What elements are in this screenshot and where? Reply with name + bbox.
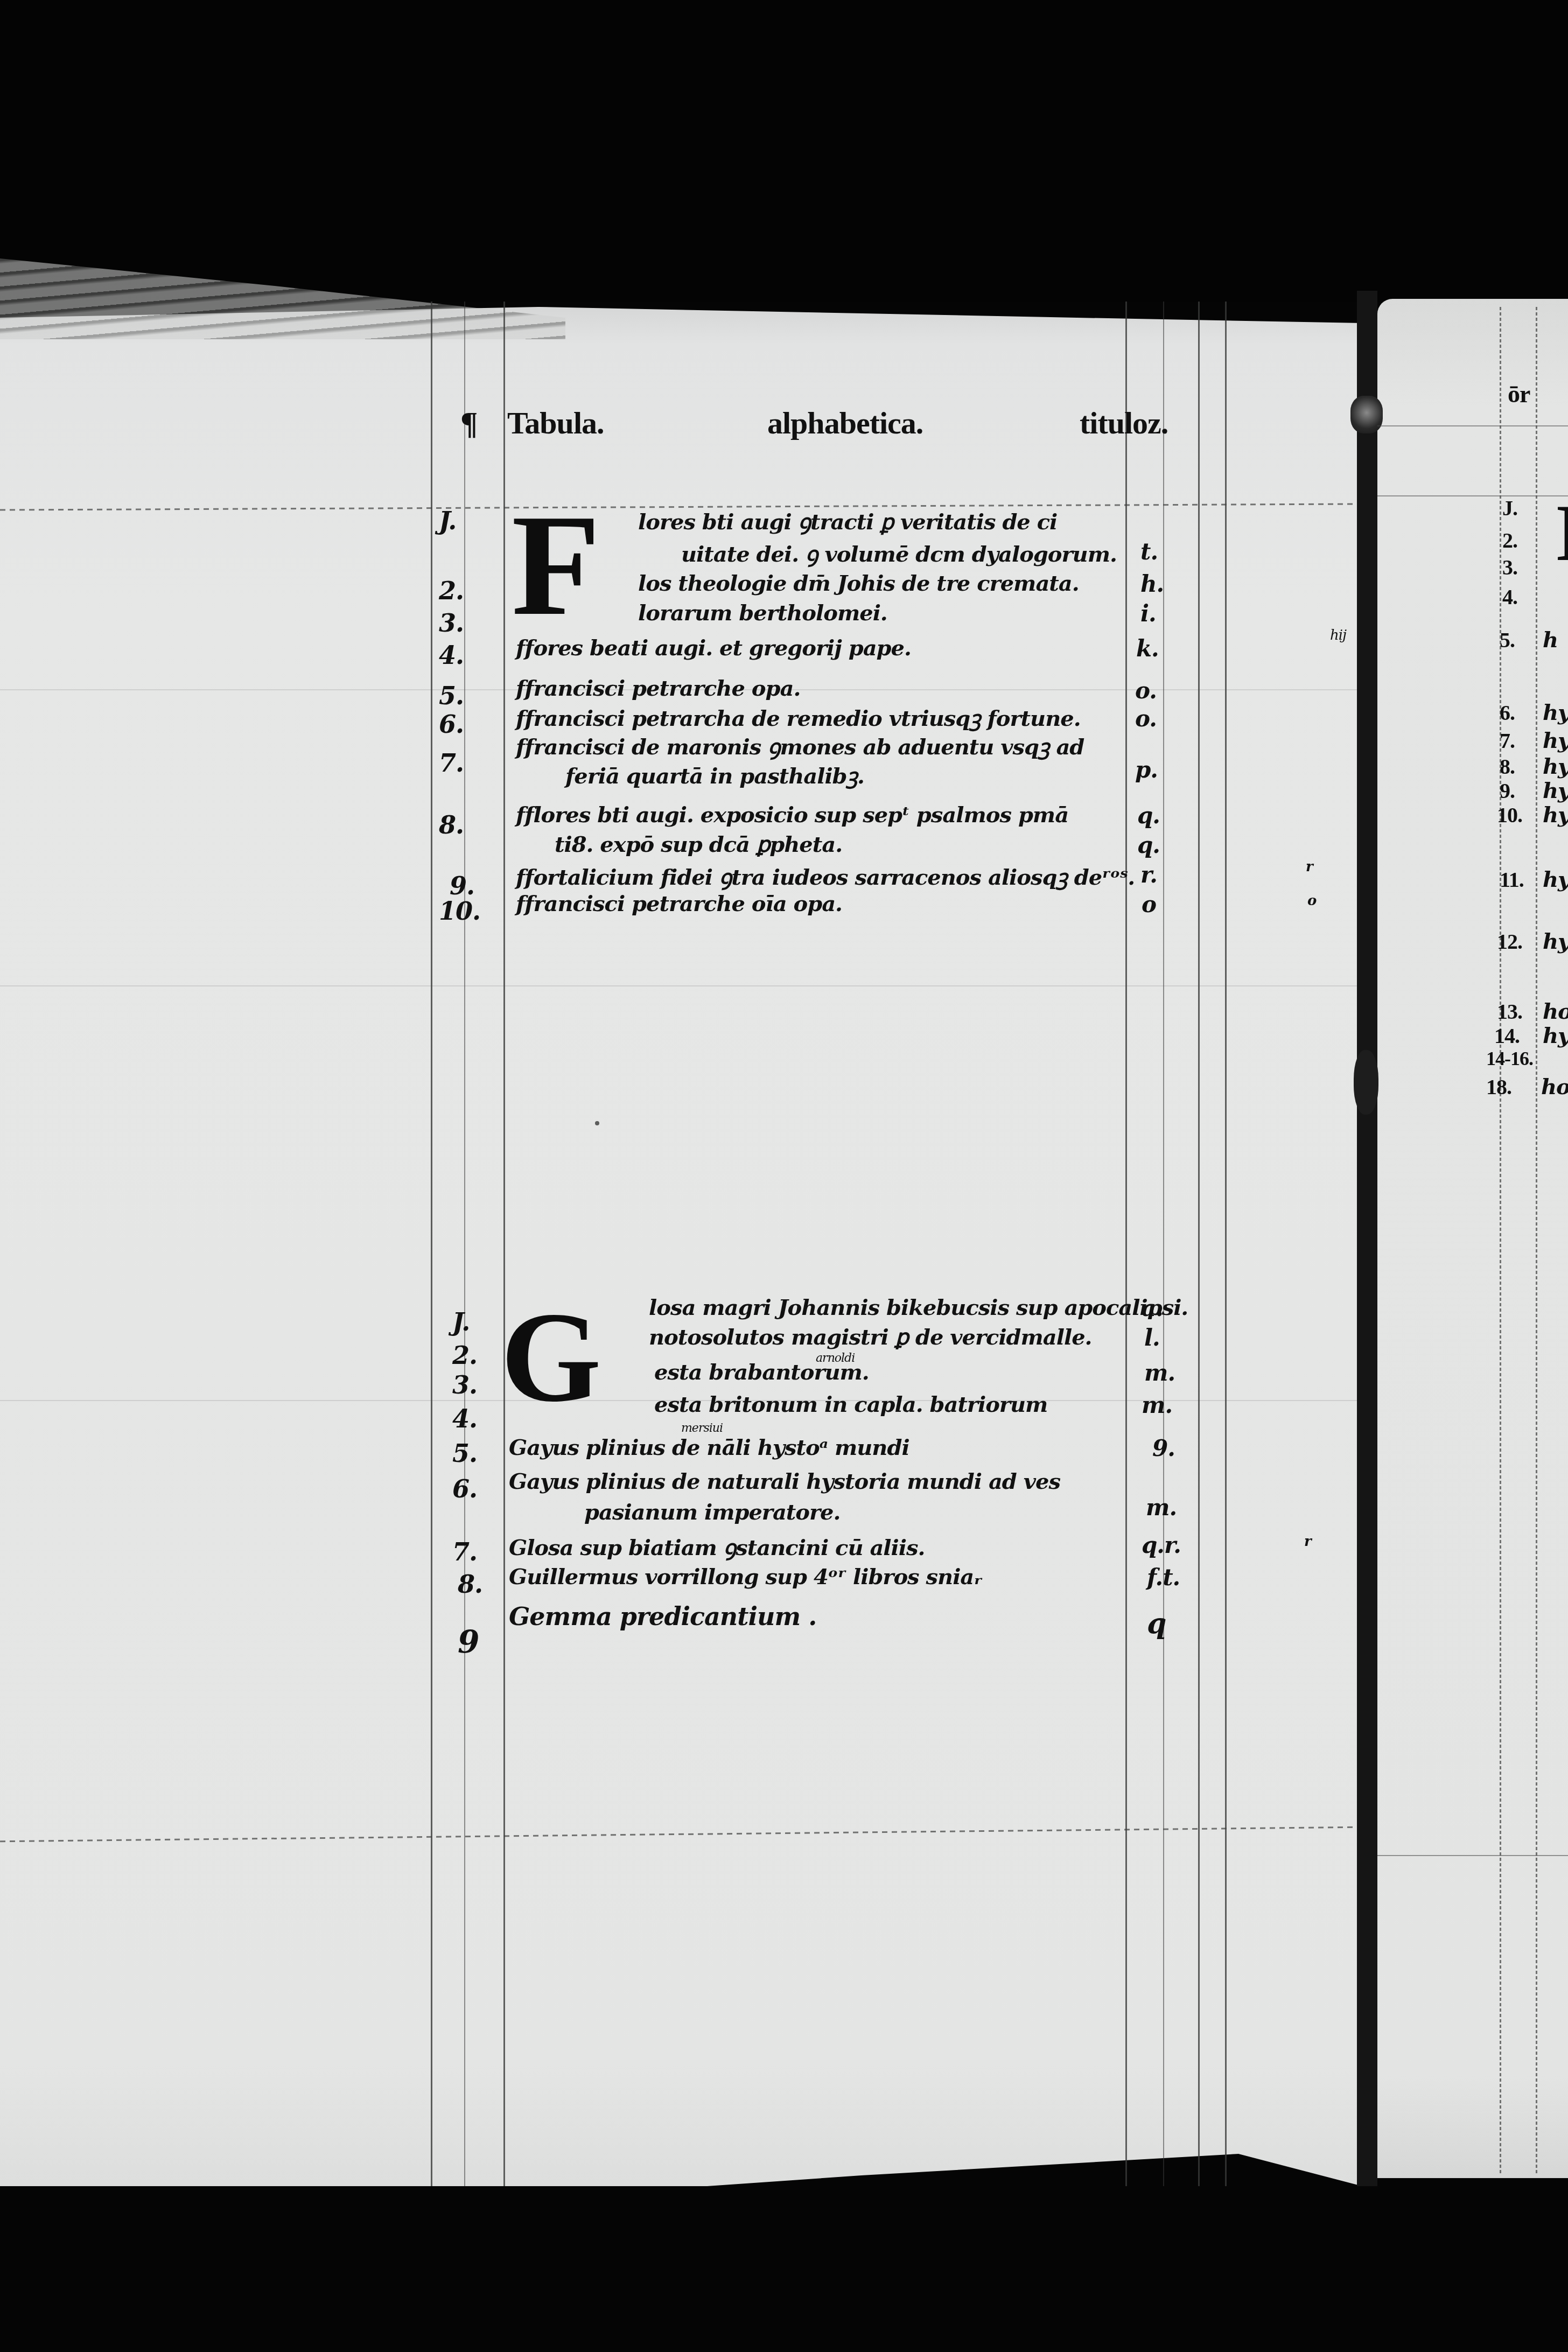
folio-reference: q. [1137,802,1160,829]
binding-sewing-knot [1354,1050,1378,1115]
entry-number: J. [452,1307,470,1336]
ruling-line [464,302,465,2208]
right-page-number: 8. [1500,754,1515,779]
folio-reference: t. [1140,538,1158,565]
entry-number: 3. [452,1370,477,1399]
right-page-text-fragment: hy [1543,728,1568,753]
folio-reference: q.r. [1142,1532,1181,1558]
header-word-titulorum: tituloz. [1080,405,1168,441]
folio-reference: m. [1146,1494,1177,1521]
right-page-number: 14-16. [1486,1047,1533,1070]
folio-reference: m. [1142,1392,1172,1418]
right-page [1377,299,1568,2178]
folio-reference: f.t. [1147,1564,1180,1591]
entry-number: 5. [439,681,464,710]
ruling-line [1198,302,1200,2197]
right-page-number: 18. [1486,1074,1511,1100]
right-page-number: 10. [1497,802,1522,828]
right-page-number: 6. [1500,700,1515,725]
header-word-alphabetica: alphabetica. [767,405,923,441]
interlinear-gloss: mersiui [681,1422,723,1435]
entry-title: lorarum bertholomei. [638,600,887,626]
folio-reference: o. [1135,705,1157,732]
marginal-mark: r [1304,1534,1311,1550]
entry-title: ffortalicium fidei ꝯtra iudeos sarraceno… [516,862,1135,891]
film-border-top [0,0,1568,302]
right-page-number: 11. [1500,867,1524,892]
folio-reference: q. [1137,832,1160,858]
entry-title: esta britonum in capla. batriorum [654,1392,1047,1417]
entry-title: ffrancisci petrarche oīa opa. [516,891,842,916]
entry-title: ffrancisci petrarche opa. [516,676,800,701]
entry-number: 2. [439,576,464,605]
ruling-line [1377,495,1568,496]
entry-number: 10. [439,897,480,926]
folio-reference: p. [1135,757,1158,783]
folio-reference: m. [1144,1360,1175,1386]
ruling-line [1377,1855,1568,1856]
right-page-number: 9. [1500,778,1515,803]
entry-title: ffores beati augi. et gregorij pape. [516,635,911,661]
marginal-annotation: hij [1330,627,1346,643]
folio-reference: r. [1140,862,1157,888]
folio-reference: l. [1144,1325,1160,1351]
ruling-line [503,302,505,2208]
ruling-line [1377,425,1568,426]
right-page-number: 3. [1502,555,1517,580]
binding-sewing-knot [1350,396,1383,433]
right-page-text-fragment: hy [1543,929,1568,954]
entry-number: 8. [458,1570,482,1599]
entry-number: 3. [439,608,464,638]
entry-title: ffrancisci de maronis ꝯmones ab aduentu … [516,731,1084,761]
ruling-line [431,302,432,2208]
header-word-tabula: Tabula. [507,405,604,441]
entry-title: fflores bti augi. exposicio sup sepᵗ psa… [516,802,1068,828]
entry-title: Gemma predicantium . [509,1602,816,1631]
pilcrow-mark: ¶ [460,405,477,442]
entry-title: Gayus plinius de naturali hystoria mundi… [509,1469,1060,1494]
entry-number: J. [439,506,456,535]
entry-number: 9 [458,1623,479,1660]
marginal-mark: o [1307,893,1316,909]
right-page-number: 4. [1502,584,1517,610]
entry-title: esta brabantorum. [654,1360,869,1385]
ruling-line [0,985,1357,986]
right-page-text-fragment: hy [1543,867,1568,892]
right-page-number: 2. [1502,528,1517,553]
right-page-text-fragment: h [1543,627,1558,653]
folio-reference: q [1147,1607,1166,1640]
folio-reference: a. [1142,1295,1163,1321]
entry-number: 4. [452,1404,477,1433]
entry-number: 6. [452,1474,477,1503]
right-page-initial-fragment: I [1555,493,1568,573]
entry-title: ffrancisci petrarcha de remedio vtriusqꝫ… [516,703,1081,732]
entry-title: notosolutos magistri ꝑ de vercidmalle. [649,1325,1092,1350]
entry-title: Gayus plinius de nāli hystoᵃ mundi [509,1435,909,1460]
right-page-number: 7. [1500,728,1515,753]
folio-reference: i. [1140,600,1156,627]
ruling-line [1500,307,1501,2175]
entry-number: 7. [439,748,464,778]
entry-title-continued: feriā quartā in pasthalibꝫ. [565,760,864,790]
entry-title: Glosa sup biatiam ꝯstancini cū aliis. [509,1532,925,1562]
decorated-initial-g: G [501,1292,601,1422]
entry-number: 5. [452,1439,477,1468]
entry-number: 4. [439,641,464,670]
right-page-number: 5. [1500,627,1515,653]
right-page-text-fragment: hy [1543,754,1568,779]
right-page-text-fragment: hy [1543,700,1568,725]
book-gutter [1357,291,1377,2218]
right-page-text-fragment: hy [1543,802,1568,828]
entry-title-continued: ti8. expō sup dcā ꝑpheta. [555,832,842,857]
ruling-line [1125,302,1127,2197]
entry-title: lores bti augi ꝯtracti ꝑ veritatis de ci [638,506,1057,536]
ink-speck [595,1121,599,1125]
marginal-mark: r [1306,859,1313,875]
right-page-header-fragment: ōr [1508,380,1530,408]
entry-title-continued: pasianum imperatore. [584,1500,840,1525]
folio-reference: k. [1136,635,1159,662]
right-page-text-fragment: hy [1543,778,1568,803]
entry-number: 6. [439,710,464,739]
right-page-text-fragment: hy [1543,1023,1568,1048]
entry-number: 2. [452,1341,477,1370]
entry-number: 7. [452,1537,477,1566]
entry-number: 8. [439,810,464,839]
right-page-text-fragment: ho [1541,1074,1568,1100]
right-page-number: 14. [1494,1023,1520,1048]
right-page-number: 13. [1497,999,1522,1024]
right-page-number: J. [1502,495,1517,521]
folio-reference: 9. [1152,1435,1175,1461]
folio-reference: h. [1140,571,1164,597]
folio-reference: o [1142,891,1156,918]
folio-reference: o. [1135,677,1157,704]
entry-number: 9. [450,871,474,900]
right-page-text-fragment: ho [1543,999,1568,1024]
entry-title: Guillermus vorrillong sup 4ᵒʳ libros sni… [509,1564,982,1590]
decorated-initial-f: F [512,493,600,638]
entry-title: los theologie dm̄ Johis de tre cremata. [638,571,1079,596]
ruling-line [1225,302,1227,2197]
ruling-line [1536,307,1537,2175]
film-border-bottom [0,2186,1568,2352]
entry-title: losa magri Johannis bikebucsis sup apoca… [649,1295,1188,1320]
right-page-number: 12. [1497,929,1522,954]
entry-title-continued: uitate dei. ꝯ volumē dcm dyalogorum. [681,538,1117,568]
